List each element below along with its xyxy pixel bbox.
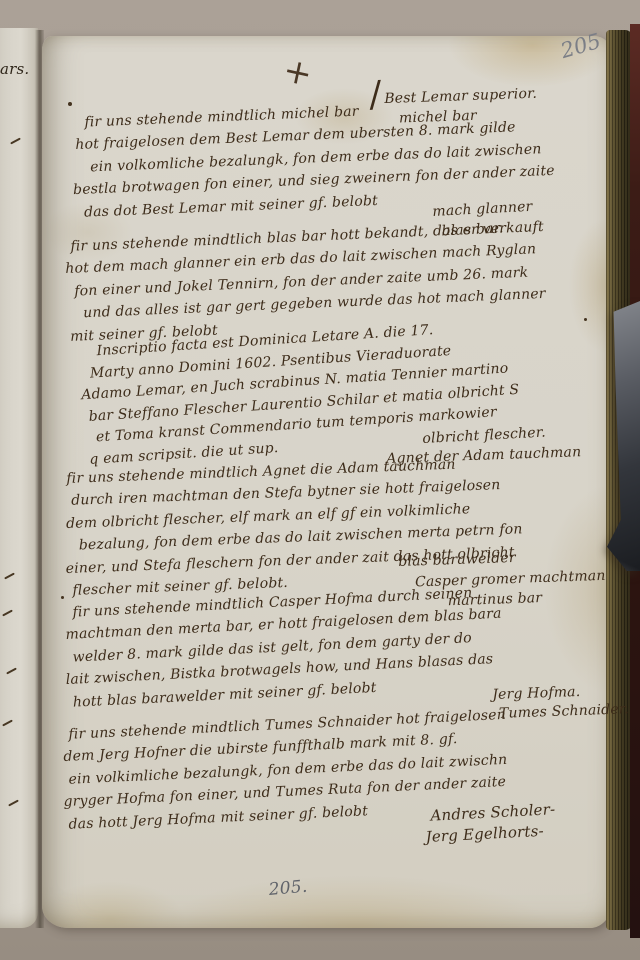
ink-dot	[68, 102, 72, 106]
page-weight-clamp-body	[607, 301, 640, 571]
photo-of-manuscript: ars. + 205 205. ∕ Best Lemar superior. m…	[0, 0, 640, 960]
folio-number-bottom: 205.	[268, 877, 308, 900]
entry-4-signatures: Jerg Hofma. Tumes Schnaider.	[492, 681, 629, 724]
verso-page-sliver	[0, 28, 38, 928]
verso-text-fragment: ars.	[0, 60, 29, 78]
entry-5-signatures: Andres Scholer- Jerg Egelhorts-	[424, 799, 557, 848]
ink-dot	[61, 596, 64, 599]
ink-dot	[584, 318, 587, 321]
page-weight-clamp	[607, 301, 640, 571]
entry-4-text: fir uns stehende mindtlich Casper Hofma …	[64, 581, 505, 714]
